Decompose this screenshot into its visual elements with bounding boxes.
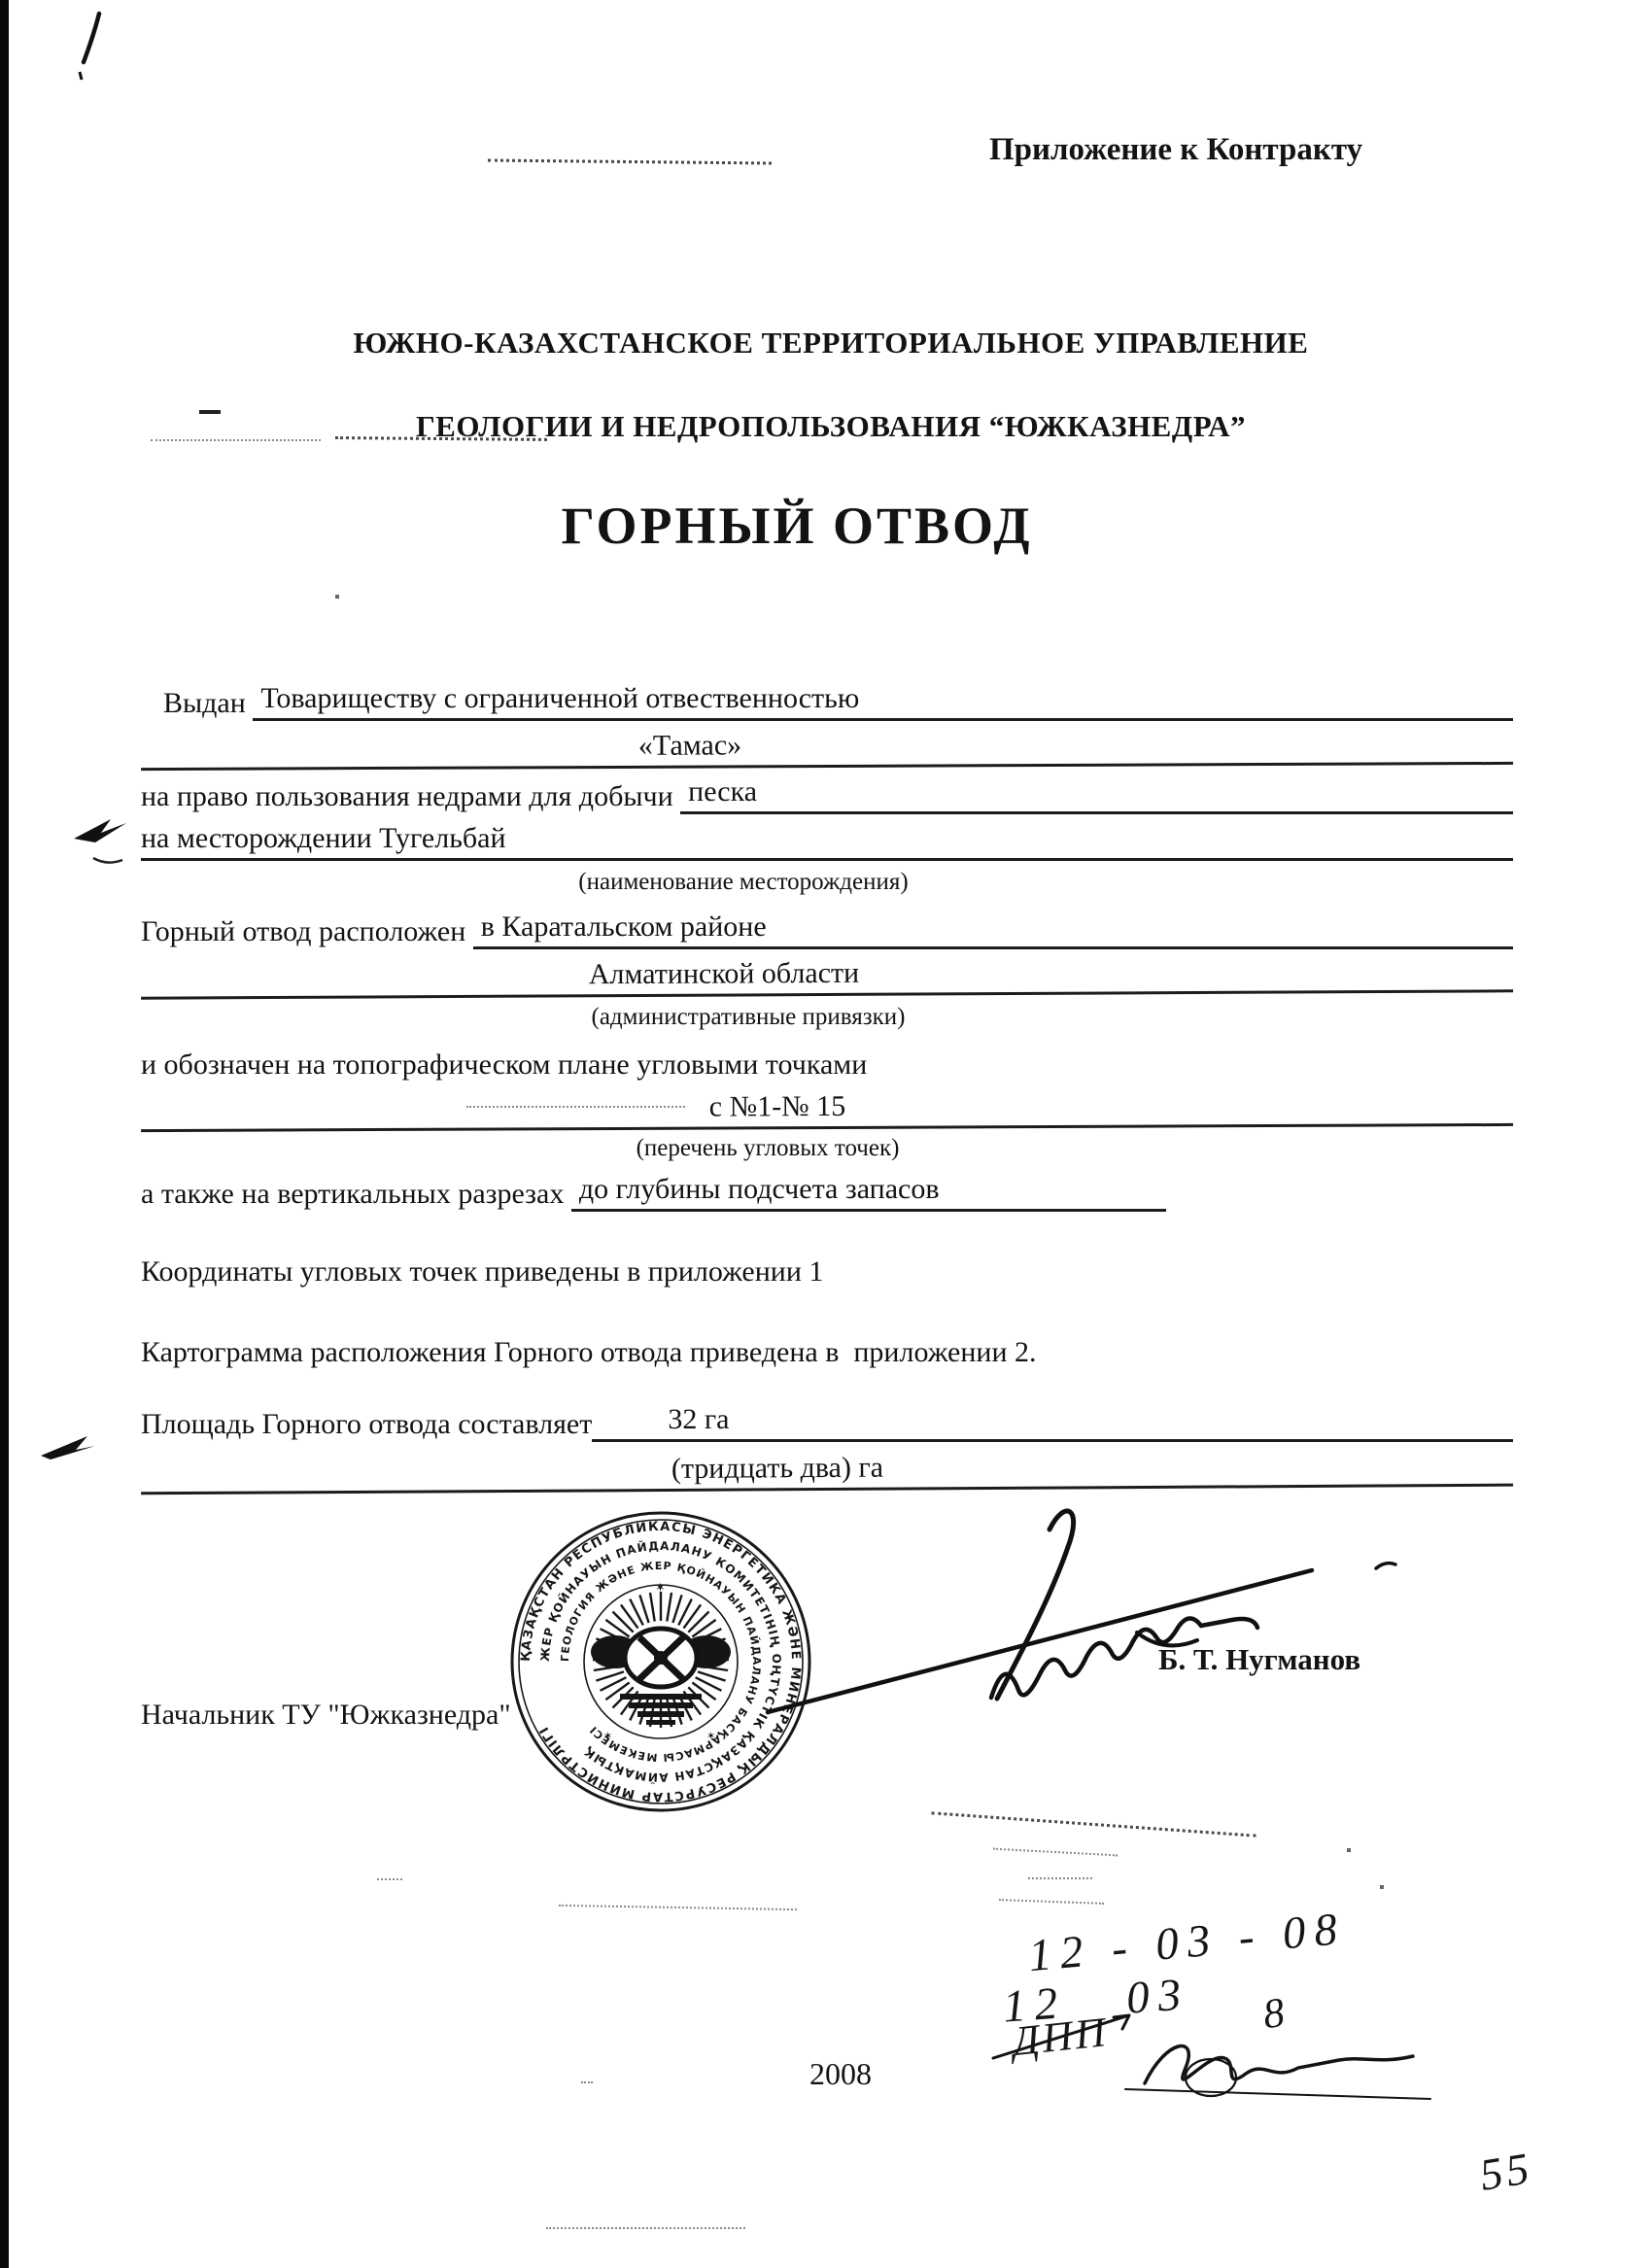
doc-title: ГОРНЫЙ ОТВОД [92,496,1501,556]
scan-edge-strip [0,0,9,2268]
scanned-document-page: Приложение к Контракту ЮЖНО-КАЗАХСТАНСКО… [0,0,1652,2268]
scan-noise-dots [559,1905,797,1910]
points-caption: (перечень угловых точек) [141,1134,1394,1163]
stamp-noise [993,1848,1118,1857]
blank-rule [765,811,1513,814]
stamp-noise [1028,1877,1092,1879]
issued-value: Товариществу с ограниченной отвественнос… [253,680,867,721]
location-caption: (административные привязки) [141,1003,1356,1032]
coords-note: Координаты угловых точек приведены в при… [141,1254,823,1289]
deposit-label-value: на месторождении Тугельбай [141,820,514,861]
location-value: в Каратальском районе [473,909,774,949]
right-label: на право пользования недрами для добычи [141,778,680,814]
area-label: Площадь Горного отвода составляет [141,1406,592,1442]
blank-rule [758,1439,1513,1442]
region-value: Алматинской области [141,952,1307,994]
scan-noise-line [488,158,772,164]
form-line-right: на право пользования недрами для добычи … [141,773,1513,814]
blank-rule [774,946,1513,949]
deposit-caption: (наименование месторождения) [141,868,1346,897]
scan-dash-mark [199,410,221,414]
scan-noise-dots [581,2081,593,2083]
form-line-region: Алматинской области [141,951,1513,999]
scan-dot [1347,1848,1351,1852]
seal-star-left: ✶ [603,1731,612,1742]
margin-smudge-mark [37,1430,105,1469]
company-value: «Тамас» [141,725,1239,766]
issued-label: Выдан [163,685,253,721]
area-value: 32 га [592,1401,758,1442]
deposit-value: Тугельбай [379,822,505,854]
map-note: Картограмма расположения Горного отвода … [141,1334,1037,1370]
form-line-deposit: на месторождении Тугельбай [141,820,1513,861]
appendix-label: Приложение к Контракту [989,132,1362,168]
clerk-signature [1118,2023,1448,2120]
official-post: Начальник ТУ "Южказнедра" [141,1699,511,1732]
form-line-area: Площадь Горного отвода составляет 32 га [141,1401,1513,1442]
sections-value: до глубины подсчета запасов [571,1171,947,1212]
organization-header: ЮЖНО-КАЗАХСТАНСКОЕ ТЕРРИТОРИАЛЬНОЕ УПРАВ… [126,280,1535,447]
form-line-company: «Тамас» [141,724,1513,771]
form-line-points: с №1-№ 15 [141,1085,1513,1132]
form-line-location: Горный отвод расположен в Каратальском р… [141,909,1513,949]
blank-rule [947,1209,1166,1212]
form-line-issued: Выдан Товариществу с ограниченной отвест… [163,680,1513,721]
year-label: 2008 [809,2056,872,2092]
scan-dot [1380,1885,1384,1889]
blank-rule [867,718,1513,721]
pen-slash-mark [68,8,136,95]
scan-noise-dots [546,2227,745,2229]
points-value: с №1-№ 15 [141,1085,1414,1127]
margin-smudge-mark [66,811,144,870]
form-line-sections: а также на вертикальных разрезах до глуб… [141,1171,1513,1212]
points-label: и обозначен на топографическом плане угл… [141,1047,867,1082]
director-signature [671,1506,1438,1769]
deposit-label: на месторождении [141,822,379,854]
scan-noise-dots [377,1878,402,1880]
right-value: песка [680,773,765,814]
stamp-noise [999,1899,1104,1905]
scan-dot [335,595,339,599]
page-number: 55 [1476,2142,1536,2201]
form-line-area-words: (тридцать два) га [141,1446,1513,1495]
stamp-box-edge [931,1811,1256,1837]
area-value-words: (тридцать два) га [141,1446,1414,1490]
location-label: Горный отвод расположен [141,913,473,949]
blank-rule [514,858,1513,861]
seal-star-top: ✶ [655,1580,666,1595]
sections-label: а также на вертикальных разрезах [141,1176,571,1212]
org-line1: ЮЖНО-КАЗАХСТАНСКОЕ ТЕРРИТОРИАЛЬНОЕ УПРАВ… [354,326,1309,360]
scan-noise-dots [151,439,321,441]
